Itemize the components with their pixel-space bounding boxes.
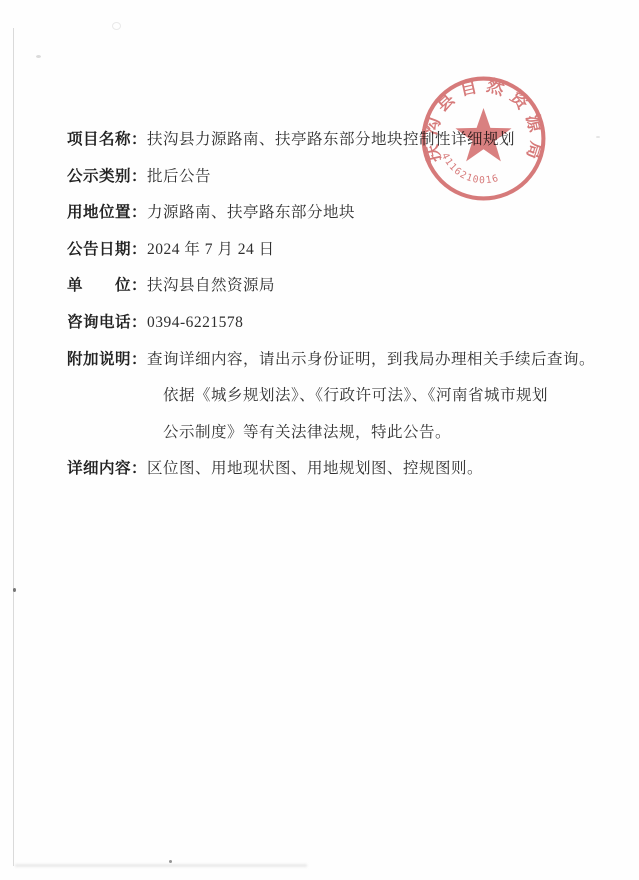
field-label-notice-type: 公示类别： [67, 159, 147, 196]
scan-speck [13, 588, 16, 592]
scan-speck [112, 22, 121, 30]
field-row-unit: 单 位： 扶沟县自然资源局 [67, 268, 627, 305]
field-row-additional-notes: 附加说明： 查询详细内容，请出示身份证明，到我局办理相关手续后查询。 依据《城乡… [67, 342, 627, 452]
field-value-detail-content: 区位图、用地现状图、用地规划图、控规图则。 [147, 451, 483, 488]
field-value-unit: 扶沟县自然资源局 [147, 268, 275, 305]
additional-notes-line-2: 依据《城乡规划法》、《行政许可法》、《河南省城市规划 [147, 378, 595, 415]
field-row-detail-content: 详细内容： 区位图、用地现状图、用地规划图、控规图则。 [67, 451, 627, 488]
field-label-additional-notes: 附加说明： [67, 342, 147, 379]
field-value-notice-type: 批后公告 [147, 159, 211, 196]
scan-smudge [15, 864, 307, 867]
field-label-detail-content: 详细内容： [67, 451, 147, 488]
field-label-land-location: 用地位置： [67, 195, 147, 232]
additional-notes-line-1: 查询详细内容，请出示身份证明，到我局办理相关手续后查询。 [147, 342, 595, 379]
field-label-unit: 单 位： [67, 268, 147, 305]
field-row-land-location: 用地位置： 力源路南、扶亭路东部分地块 [67, 195, 627, 232]
field-value-additional-notes: 查询详细内容，请出示身份证明，到我局办理相关手续后查询。 依据《城乡规划法》、《… [147, 342, 595, 452]
notice-body: 项目名称： 扶沟县力源路南、扶亭路东部分地块控制性详细规划 公示类别： 批后公告… [67, 122, 627, 488]
field-value-project-name: 扶沟县力源路南、扶亭路东部分地块控制性详细规划 [147, 122, 515, 159]
scan-edge-line [13, 28, 14, 866]
field-value-land-location: 力源路南、扶亭路东部分地块 [147, 195, 355, 232]
field-value-notice-date: 2024 年 7 月 24 日 [147, 232, 275, 269]
field-row-project-name: 项目名称： 扶沟县力源路南、扶亭路东部分地块控制性详细规划 [67, 122, 627, 159]
field-row-phone: 咨询电话： 0394-6221578 [67, 305, 627, 342]
field-label-notice-date: 公告日期： [67, 232, 147, 269]
field-label-project-name: 项目名称： [67, 122, 147, 159]
additional-notes-line-3: 公示制度》等有关法律法规，特此公告。 [147, 415, 595, 452]
field-row-notice-date: 公告日期： 2024 年 7 月 24 日 [67, 232, 627, 269]
scan-speck [36, 55, 41, 58]
field-label-phone: 咨询电话： [67, 305, 147, 342]
field-row-notice-type: 公示类别： 批后公告 [67, 159, 627, 196]
field-value-phone: 0394-6221578 [147, 305, 243, 342]
scan-speck [169, 860, 172, 863]
scanned-notice-page: { "page": { "background": "#fefefe", "te… [0, 0, 639, 880]
